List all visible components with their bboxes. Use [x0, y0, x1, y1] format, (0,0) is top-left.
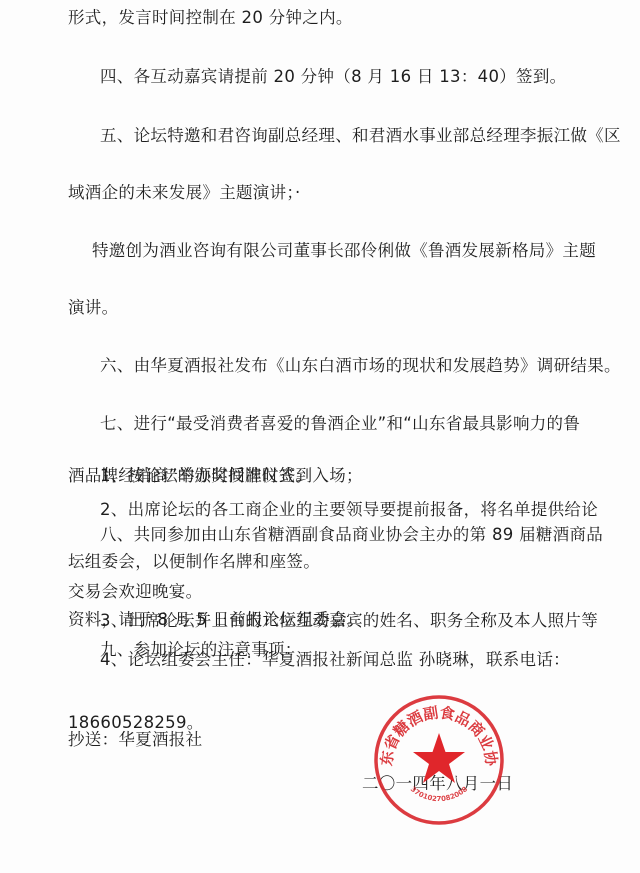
- text-line-note-1: 1、按论坛举办时间准时签到入场；: [100, 466, 363, 486]
- text-line-1: 形式，发言时间控制在 20 分钟之内。: [68, 8, 353, 28]
- text-line-item-8-cont: 交易会欢迎晚宴。: [68, 582, 202, 602]
- official-seal-icon: 山东省糖酒副食品商业协会 3701027082008: [372, 693, 506, 827]
- text-line-item-8: 八、共同参加由山东省糖酒副食品商业协会主办的第 89 届糖酒商品: [100, 525, 603, 545]
- text-line-note-3-cont: 资料，请于 8 月 5 日前报论坛组委会。: [68, 610, 364, 630]
- text-line-item-5: 五、论坛特邀和君咨询副总经理、和君酒水事业部总经理李振江做《区: [100, 126, 621, 146]
- text-line-note-4: 4、论坛组委会主任：华夏酒报社新闻总监 孙晓琳，联系电话：: [100, 650, 570, 670]
- text-line-note-2: 2、出席论坛的各工商企业的主要领导要提前报备，将名单提供给论: [100, 500, 598, 520]
- seal-code-text: 3701027082008: [409, 785, 469, 803]
- text-line-special-invite-cont: 演讲。: [68, 298, 118, 318]
- text-line-item-4: 四、各互动嘉宾请提前 20 分钟（8 月 16 日 13：40）签到。: [100, 67, 566, 87]
- text-line-item-5-cont: 域酒企的未来发展》主题演讲；·: [68, 183, 301, 203]
- text-line-note-2-cont: 坛组委会，以便制作名牌和座签。: [68, 552, 320, 572]
- svg-text:3701027082008: 3701027082008: [409, 785, 469, 803]
- text-line-item-6: 六、由华夏酒报社发布《山东白酒市场的现状和发展趋势》调研结果。: [100, 356, 621, 376]
- text-line-cc: 抄送：华夏酒报社: [68, 730, 202, 750]
- text-line-special-invite: 特邀创为酒业咨询有限公司董事长邵伶俐做《鲁酒发展新格局》主题: [92, 241, 596, 261]
- text-line-item-7: 七、进行“最受消费者喜爱的鲁酒企业”和“山东省最具影响力的鲁: [100, 414, 580, 434]
- document-page: 形式，发言时间控制在 20 分钟之内。 四、各互动嘉宾请提前 20 分钟（8 月…: [0, 0, 640, 873]
